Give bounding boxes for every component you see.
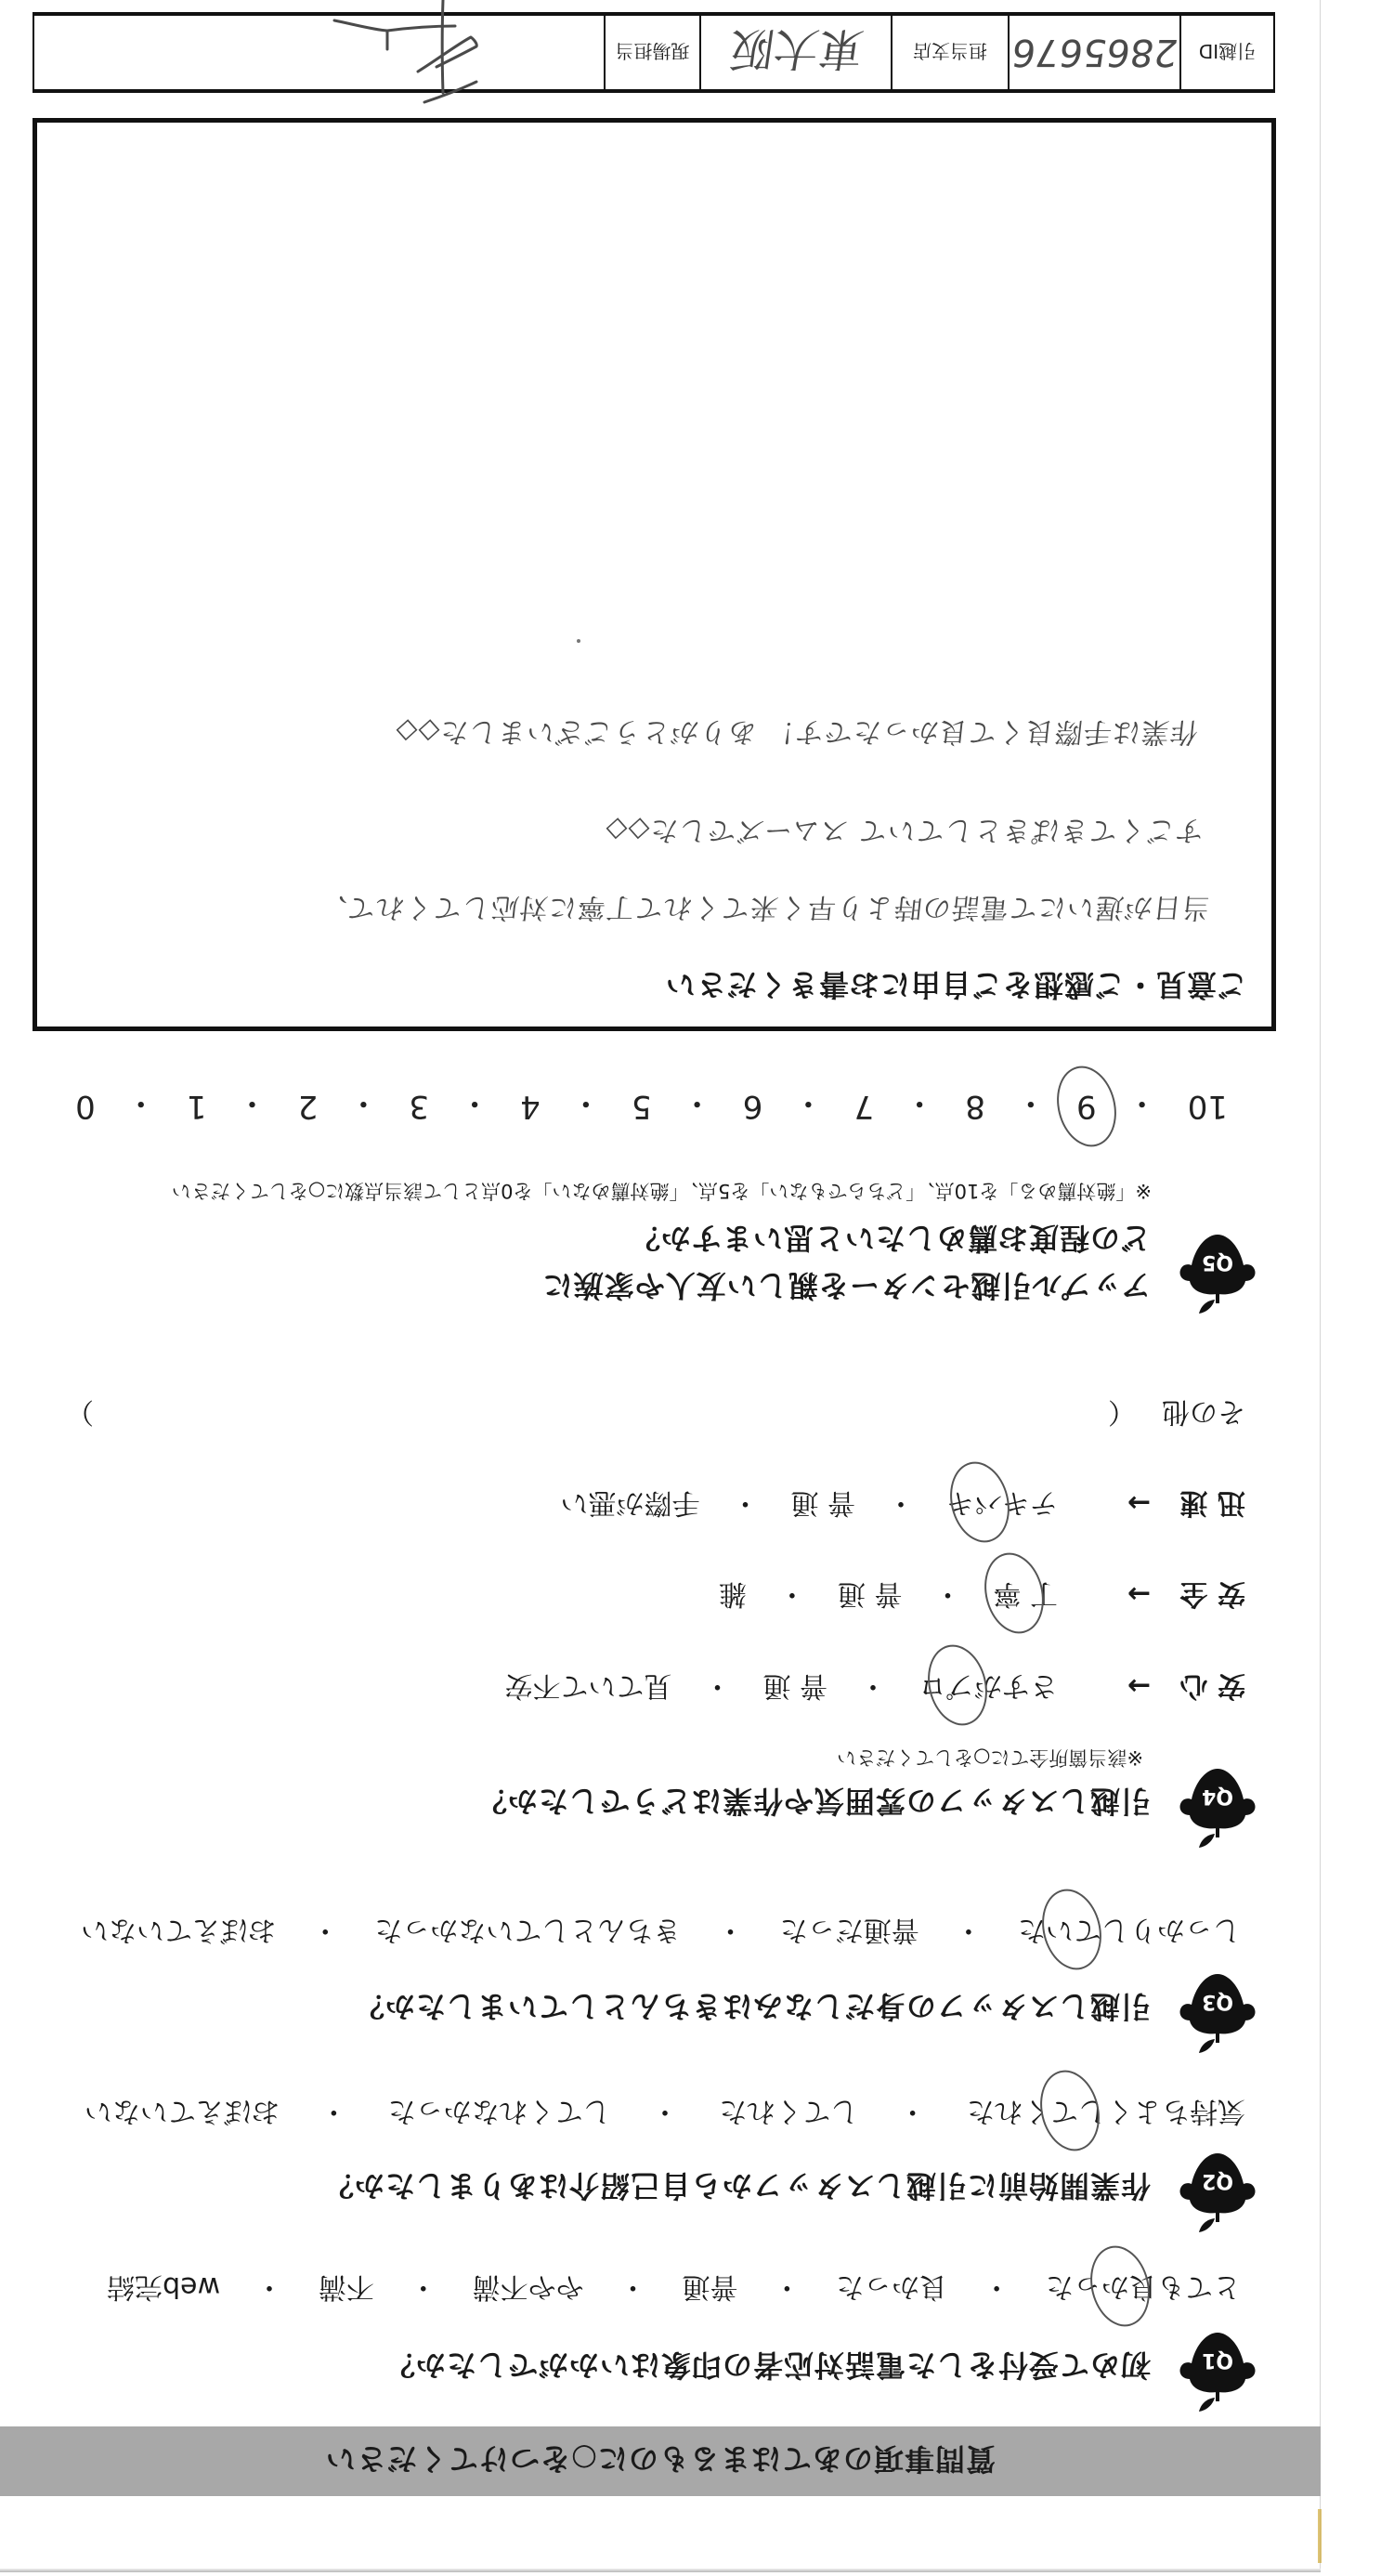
q1-apple-badge-icon: Q1 — [1177, 2331, 1258, 2413]
separator: ・ — [619, 2269, 647, 2303]
arrow-right-icon: → — [1127, 1576, 1151, 1610]
score-option: 8 — [965, 1088, 985, 1125]
q2-options: 気持ちよくしてくれた ・ してくれた ・ してくれなかった ・ おぼえていない — [85, 2094, 1245, 2127]
question-number: Q2 — [1202, 2169, 1233, 2192]
score-option: 4 — [520, 1088, 541, 1125]
q3-question: 引越しスタッフの身だしなみはきちんとしていましたか？ — [354, 1990, 1151, 2023]
question-number: Q3 — [1202, 1990, 1233, 2013]
q2-option: 気持ちよくしてくれた — [967, 2094, 1245, 2127]
q1-question: 初めて受付をした電話対応者の印象はいかがでしたか？ — [384, 2348, 1151, 2382]
branch-label: 担当支店 — [913, 39, 987, 66]
separator: ・ — [904, 1084, 935, 1130]
q4-option: 見ていて不安 — [504, 1668, 671, 1702]
separator: ・ — [410, 2269, 437, 2303]
q1-option: とても良かった — [1046, 2269, 1241, 2303]
q4-option: 手際が悪い — [560, 1485, 699, 1519]
separator: ・ — [651, 2094, 679, 2127]
handwritten-circle-mark — [1034, 1883, 1109, 1976]
branch-value-cell: 東大阪 — [699, 16, 891, 89]
q4-row-other: その他 （ ） — [66, 1394, 1245, 1428]
move-id-value: 2865676 — [1009, 32, 1180, 74]
q4-row-options: さすがプロ ・ 普 通 ・ 見ていて不安 — [504, 1668, 1058, 1702]
separator: ・ — [731, 1485, 759, 1519]
instruction-text: 質問事項のあてはまるものに○をつけてください — [325, 2440, 996, 2483]
q4-row-label: 安 心 — [1180, 1668, 1245, 1702]
handwritten-circle-mark — [976, 1547, 1051, 1640]
branch-label-cell: 担当支店 — [891, 16, 1008, 89]
paper-edge — [1320, 0, 1321, 2569]
q1-option: 不満 — [319, 2269, 374, 2303]
separator: ・ — [792, 1084, 824, 1130]
q4-row-label: 迅 速 — [1180, 1485, 1245, 1519]
arrow-right-icon: → — [1127, 1485, 1151, 1519]
handwritten-circle-mark — [1049, 1060, 1124, 1153]
separator: ・ — [1127, 1084, 1158, 1130]
survey-form-page: 質問事項のあてはまるものに○をつけてください Q1 初めて受付をした電話対応者の… — [0, 0, 1394, 2576]
separator: ・ — [237, 1084, 268, 1130]
q4-other-open-paren: （ — [1108, 1394, 1136, 1428]
q1-options: とても良かった ・ 良かった ・ 普通 ・ やや不満 ・ 不満 ・ web完結 — [107, 2269, 1241, 2303]
arrow-right-icon: → — [1127, 1668, 1151, 1702]
comments-box: ご意見・ご感想をご自由にお書きください 当日が遅いにて電話の時より早く来てくれて… — [33, 118, 1276, 1031]
q4-row-jinsoku: 迅 速 → テキパキ ・ 普 通 ・ 手際が悪い — [317, 1485, 1245, 1519]
separator: ・ — [311, 1913, 339, 1946]
comments-title: ご意見・ご感想をご自由にお書きください — [665, 965, 1247, 1008]
q2-option: おぼえていない — [85, 2094, 280, 2127]
staff-info-table: 引越ID 2865676 担当支店 東大阪 現場担当 — [33, 12, 1275, 93]
q4-apple-badge-icon: Q4 — [1177, 1767, 1258, 1849]
handwritten-circle-mark — [1082, 2240, 1157, 2333]
separator: ・ — [983, 2269, 1010, 2303]
q4-option: 雑 — [719, 1576, 747, 1610]
q4-row-anzen: 安 全 → 丁 寧 ・ 普 通 ・ 雑 — [317, 1576, 1245, 1610]
q4-question: 引越しスタッフの雰囲気や作業はどうでしたか？ — [476, 1785, 1151, 1818]
q5-question-line2: どの程度お薦めしたいと思いますか？ — [630, 1222, 1151, 1255]
handwritten-circle-mark — [919, 1639, 995, 1732]
separator: ・ — [717, 1913, 745, 1946]
score-option: 2 — [298, 1088, 319, 1125]
q4-option: さすがプロ — [918, 1668, 1058, 1702]
score-option: 10 — [1188, 1088, 1228, 1125]
separator: ・ — [319, 2094, 347, 2127]
staff-label-cell: 現場担当 — [604, 16, 699, 89]
q4-option: 丁 寧 — [993, 1576, 1058, 1610]
q4-other-label: その他 — [1162, 1394, 1245, 1428]
separator: ・ — [933, 1576, 961, 1610]
handwritten-comment-line: 当日が遅いにて電話の時より早く来てくれて丁寧に対応してくれて、 — [317, 890, 1212, 923]
q2-option: してくれなかった — [388, 2094, 611, 2127]
q4-row-options: テキパキ ・ 普 通 ・ 手際が悪い — [560, 1485, 1058, 1519]
separator: ・ — [899, 2094, 927, 2127]
question-number: Q4 — [1202, 1785, 1233, 1808]
score-option: 9 — [1076, 1088, 1097, 1125]
q5-note: ※「絶対薦める」を10点、「どちらでもない」を5点、「絶対薦めない」を0点として… — [172, 1179, 1152, 1203]
q4-note: ※該当箇所全てに○をしてください — [837, 1746, 1143, 1770]
move-id-label-cell: 引越ID — [1179, 16, 1273, 89]
separator: ・ — [570, 1084, 602, 1130]
separator: ・ — [125, 1084, 157, 1130]
paper-edge-shadow — [0, 2569, 1321, 2572]
q1-option: 良かった — [836, 2269, 947, 2303]
q5-score-scale: 10 ・ 9 ・ 8 ・ 7 ・ 6 ・ 5 ・ 4 ・ 3 ・ 2 ・ 1 ・… — [75, 1088, 1228, 1125]
q2-option: してくれた — [719, 2094, 858, 2127]
move-id-label: 引越ID — [1199, 39, 1256, 66]
q3-options: しっかりしていた ・ 普通だった ・ きちんとしていなかった ・ おぼえていない — [81, 1913, 1241, 1946]
q4-option: 普 通 — [838, 1576, 903, 1610]
q1-option: やや不満 — [473, 2269, 584, 2303]
question-number: Q5 — [1202, 1250, 1233, 1274]
score-option: 6 — [743, 1088, 763, 1125]
q5-question-line1: アップル引越センターを親しい友人や家族に — [542, 1269, 1151, 1302]
q3-apple-badge-icon: Q3 — [1177, 1972, 1258, 2054]
q4-option: 普 通 — [762, 1668, 827, 1702]
q1-option: 普通 — [682, 2269, 737, 2303]
separator: ・ — [459, 1084, 490, 1130]
separator: ・ — [682, 1084, 713, 1130]
separator: ・ — [1015, 1084, 1047, 1130]
q4-option: テキパキ — [946, 1485, 1058, 1519]
q2-question: 作業開始前に引越しスタッフから自己紹介はありましたか？ — [323, 2169, 1151, 2203]
handwritten-comment-line: すごくてきぱきとしていて スムーズでした◇◇ — [603, 813, 1205, 846]
separator: ・ — [347, 1084, 379, 1130]
q3-option: おぼえていない — [81, 1913, 276, 1946]
separator: ・ — [773, 2269, 801, 2303]
separator: ・ — [703, 1668, 731, 1702]
question-number: Q1 — [1202, 2348, 1233, 2372]
q4-row-options: 丁 寧 ・ 普 通 ・ 雑 — [719, 1576, 1058, 1610]
score-option: 7 — [853, 1088, 874, 1125]
q4-row-label: 安 全 — [1180, 1576, 1245, 1610]
instruction-bar: 質問事項のあてはまるものに○をつけてください — [0, 2426, 1321, 2496]
q2-apple-badge-icon: Q2 — [1177, 2151, 1258, 2233]
q4-other-close-paren: ） — [66, 1394, 94, 1428]
branch-value: 東大阪 — [724, 20, 867, 85]
staff-signature-cell — [34, 16, 604, 89]
score-option: 5 — [632, 1088, 652, 1125]
q3-option: きちんとしていなかった — [374, 1913, 681, 1946]
handwritten-circle-mark — [1032, 2064, 1107, 2157]
separator: ・ — [255, 2269, 283, 2303]
score-option: 0 — [75, 1088, 96, 1125]
staff-label: 現場担当 — [616, 39, 690, 66]
separator: ・ — [955, 1913, 983, 1946]
q5-apple-badge-icon: Q5 — [1177, 1233, 1258, 1314]
q3-option: 普通だった — [780, 1913, 919, 1946]
q3-option: しっかりしていた — [1018, 1913, 1241, 1946]
move-id-value-cell: 2865676 — [1008, 16, 1179, 89]
separator: ・ — [778, 1576, 806, 1610]
score-option: 1 — [187, 1088, 207, 1125]
handwritten-circle-mark — [942, 1456, 1017, 1549]
paper-edge-stain — [1318, 2509, 1322, 2563]
separator: ・ — [859, 1668, 887, 1702]
separator: ・ — [887, 1485, 915, 1519]
score-option: 3 — [409, 1088, 429, 1125]
q1-option: web完結 — [107, 2269, 220, 2303]
ink-speck — [577, 639, 580, 643]
q4-row-anshin: 安 心 → さすがプロ ・ 普 通 ・ 見ていて不安 — [317, 1668, 1245, 1702]
handwritten-signature — [325, 0, 483, 110]
q4-option: 普 通 — [790, 1485, 855, 1519]
handwritten-comment-line: 作業は手際良くて良かったです！ ありがとうございました◇◇ — [393, 714, 1199, 748]
